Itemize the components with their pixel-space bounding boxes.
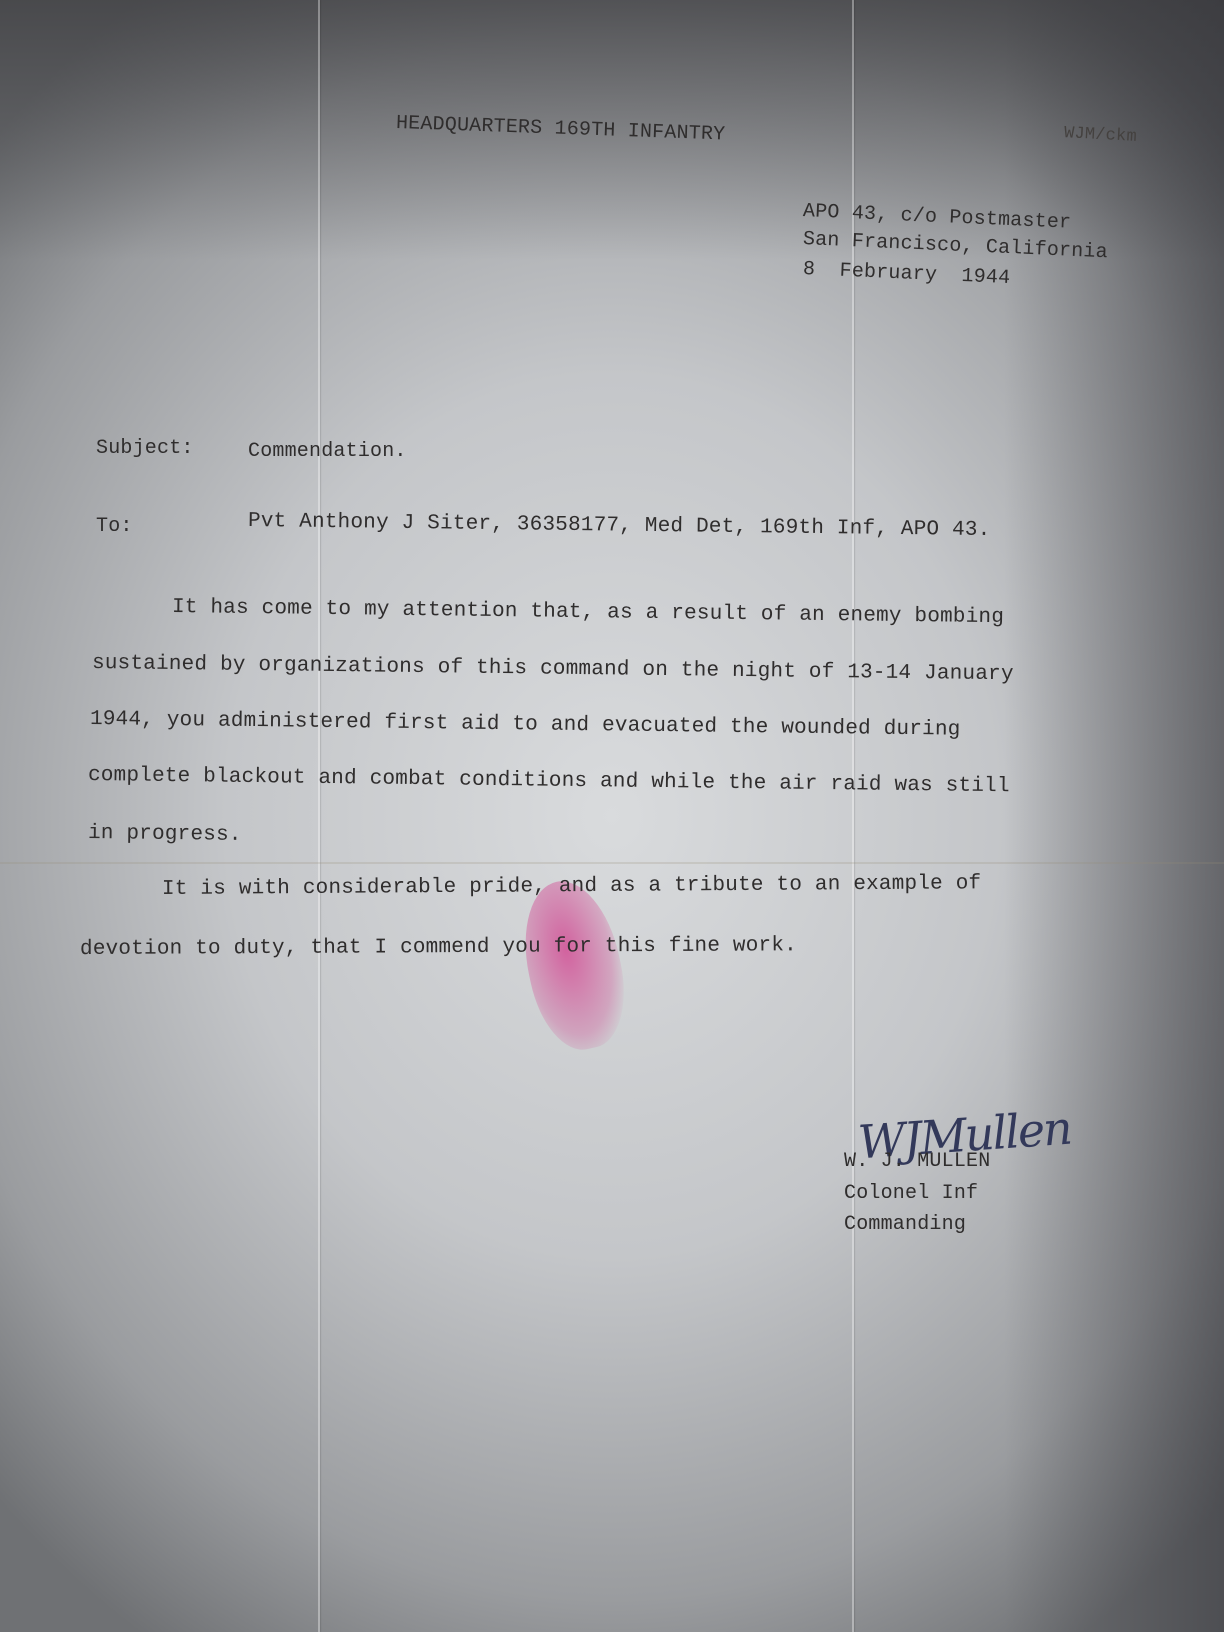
- letterhead-title: HEADQUARTERS 169TH INFANTRY: [396, 112, 726, 146]
- paper-fold-horizontal: [0, 862, 1224, 864]
- subject-label: Subject:: [96, 437, 194, 460]
- body-line-7: devotion to duty, that I commend you for…: [80, 934, 797, 961]
- letter-date: 8 February 1944: [802, 258, 1010, 290]
- subject-value: Commendation.: [248, 440, 407, 463]
- body-line-3: 1944, you administered first aid to and …: [90, 708, 961, 742]
- to-label: To:: [96, 515, 133, 538]
- signatory-rank: Colonel Inf: [844, 1182, 978, 1205]
- body-line-6: It is with considerable pride, and as a …: [162, 872, 981, 901]
- recipient: Pvt Anthony J Siter, 36358177, Med Det, …: [248, 510, 991, 542]
- body-line-4: complete blackout and combat conditions …: [88, 764, 1010, 798]
- ink-stain: [511, 872, 636, 1057]
- signatory-name: W. J. MULLEN: [844, 1150, 990, 1173]
- body-line-5: in progress.: [88, 822, 242, 847]
- signatory-role: Commanding: [844, 1213, 966, 1236]
- body-line-2: sustained by organizations of this comma…: [92, 652, 1014, 686]
- body-line-1: It has come to my attention that, as a r…: [172, 596, 1004, 629]
- paper-fold-left: [318, 0, 320, 1632]
- reference-initials: WJM/ckm: [1064, 124, 1138, 147]
